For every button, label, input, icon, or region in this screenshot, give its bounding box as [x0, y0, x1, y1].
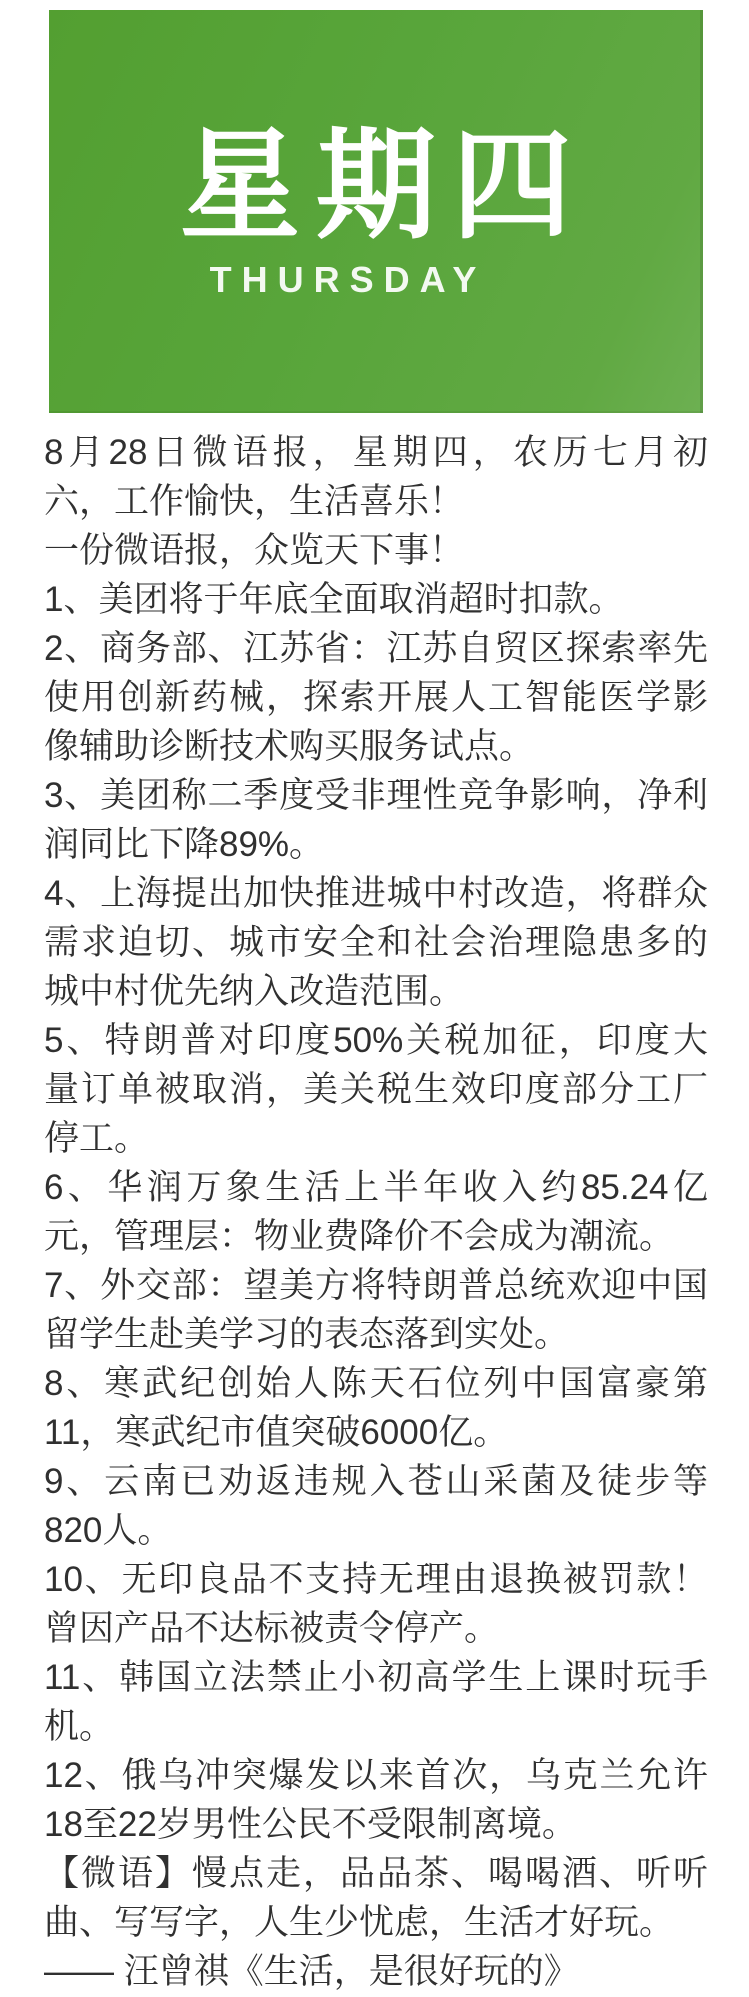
news-line: 一份微语报，众览天下事！: [44, 526, 708, 575]
news-line: 【微语】慢点走，品品茶、喝喝酒、听听: [44, 1849, 708, 1898]
news-line: 3、美团称二季度受非理性竞争影响，净利: [44, 771, 708, 820]
news-line: 5、特朗普对印度50%关税加征，印度大: [44, 1016, 708, 1065]
news-line: 11，寒武纪市值突破6000亿。: [44, 1408, 708, 1457]
news-line: 9、云南已劝返违规入苍山采菌及徒步等: [44, 1457, 708, 1506]
news-line: 12、俄乌冲突爆发以来首次，乌克兰允许: [44, 1751, 708, 1800]
news-paragraph: 2、商务部、江苏省：江苏自贸区探索率先使用创新药械，探索开展人工智能医学影像辅助…: [44, 624, 708, 771]
news-line: 820人。: [44, 1506, 708, 1555]
news-line: 使用创新药械，探索开展人工智能医学影: [44, 673, 708, 722]
weekday-title-en: THURSDAY: [210, 262, 487, 298]
news-line: —— 汪曾祺《生活，是很好玩的》: [44, 1947, 708, 1996]
news-line: 10、无印良品不支持无理由退换被罚款！: [44, 1555, 708, 1604]
news-line: 18至22岁男性公民不受限制离境。: [44, 1800, 708, 1849]
news-line: 曲、写写字，人生少忧虑，生活才好玩。: [44, 1898, 708, 1947]
news-line: 8月28日微语报，星期四，农历七月初: [44, 428, 708, 477]
news-paragraph: 3、美团称二季度受非理性竞争影响，净利润同比下降89%。: [44, 771, 708, 869]
news-paragraph: 12、俄乌冲突爆发以来首次，乌克兰允许18至22岁男性公民不受限制离境。: [44, 1751, 708, 1849]
news-paragraph: 8月28日微语报，星期四，农历七月初六，工作愉快，生活喜乐！: [44, 428, 708, 526]
news-line: 6、华润万象生活上半年收入约85.24亿: [44, 1163, 708, 1212]
weekday-banner: 星期四 THURSDAY: [49, 10, 703, 413]
news-line: 城中村优先纳入改造范围。: [44, 967, 708, 1016]
news-line: 机。: [44, 1702, 708, 1751]
news-line: 停工。: [44, 1114, 708, 1163]
news-paragraph: 11、韩国立法禁止小初高学生上课时玩手机。: [44, 1653, 708, 1751]
news-line: 需求迫切、城市安全和社会治理隐患多的: [44, 918, 708, 967]
news-paragraph: 9、云南已劝返违规入苍山采菌及徒步等820人。: [44, 1457, 708, 1555]
weibao-news-card: 星期四 THURSDAY 8月28日微语报，星期四，农历七月初六，工作愉快，生活…: [0, 0, 749, 1997]
news-line: 4、上海提出加快推进城中村改造，将群众: [44, 869, 708, 918]
news-paragraph: 8、寒武纪创始人陈天石位列中国富豪第11，寒武纪市值突破6000亿。: [44, 1359, 708, 1457]
news-paragraph: 一份微语报，众览天下事！: [44, 526, 708, 575]
news-paragraph: 6、华润万象生活上半年收入约85.24亿元，管理层：物业费降价不会成为潮流。: [44, 1163, 708, 1261]
news-line: 润同比下降89%。: [44, 820, 708, 869]
weekday-title-cn: 星期四: [164, 126, 588, 246]
news-line: 曾因产品不达标被责令停产。: [44, 1604, 708, 1653]
news-line: 8、寒武纪创始人陈天石位列中国富豪第: [44, 1359, 708, 1408]
news-paragraph: 7、外交部：望美方将特朗普总统欢迎中国留学生赴美学习的表态落到实处。: [44, 1261, 708, 1359]
news-line: 11、韩国立法禁止小初高学生上课时玩手: [44, 1653, 708, 1702]
news-line: 量订单被取消，美关税生效印度部分工厂: [44, 1065, 708, 1114]
news-line: 像辅助诊断技术购买服务试点。: [44, 722, 708, 771]
news-list: 8月28日微语报，星期四，农历七月初六，工作愉快，生活喜乐！一份微语报，众览天下…: [44, 428, 708, 1996]
news-paragraph: —— 汪曾祺《生活，是很好玩的》: [44, 1947, 708, 1996]
news-paragraph: 4、上海提出加快推进城中村改造，将群众需求迫切、城市安全和社会治理隐患多的城中村…: [44, 869, 708, 1016]
news-paragraph: 5、特朗普对印度50%关税加征，印度大量订单被取消，美关税生效印度部分工厂停工。: [44, 1016, 708, 1163]
news-line: 1、美团将于年底全面取消超时扣款。: [44, 575, 708, 624]
news-line: 元，管理层：物业费降价不会成为潮流。: [44, 1212, 708, 1261]
news-paragraph: 10、无印良品不支持无理由退换被罚款！曾因产品不达标被责令停产。: [44, 1555, 708, 1653]
news-line: 7、外交部：望美方将特朗普总统欢迎中国: [44, 1261, 708, 1310]
news-paragraph: 1、美团将于年底全面取消超时扣款。: [44, 575, 708, 624]
news-line: 留学生赴美学习的表态落到实处。: [44, 1310, 708, 1359]
news-line: 2、商务部、江苏省：江苏自贸区探索率先: [44, 624, 708, 673]
news-line: 六，工作愉快，生活喜乐！: [44, 477, 708, 526]
news-paragraph: 【微语】慢点走，品品茶、喝喝酒、听听曲、写写字，人生少忧虑，生活才好玩。: [44, 1849, 708, 1947]
